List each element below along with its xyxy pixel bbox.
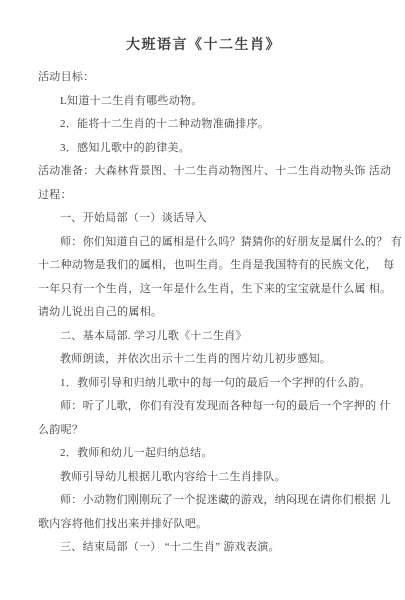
text-line: 2．教师和幼儿一起归纳总结。 — [38, 442, 369, 466]
text-line: 教师朗读，并依次出示十二生肖的图片幼儿初步感知。 — [38, 348, 369, 372]
text-line: 1．教师引导和归纳儿歌中的每一句的最后一个字押的什么韵。 — [38, 372, 369, 396]
text-line: 师：小动物们刚刚玩了一个捉迷藏的游戏，纳闷现在请你们根据 儿 — [38, 489, 369, 513]
document-page: 大班语言《十二生肖》 活动目标：L知道十二生肖有哪些动物。2．能将十二生肖的十二… — [0, 0, 405, 600]
text-line: 师：你们知道自己的属相是什么吗？猜猜你的好朋友是属什么的？ 有 — [38, 231, 369, 255]
text-line: 活动准备：大森林背景图、十二生肖动物图片、十二生肖动物头饰 活动 — [38, 160, 369, 184]
text-line: 一年只有一个生肖，这一年是什么生肖，生下来的宝宝就是什么属 相。 — [38, 278, 369, 302]
text-line: 十二种动物是我们的属相，也叫生肖。生肖是我国特有的民族文化， 每 — [38, 254, 369, 278]
text-line: 2．能将十二生肖的十二种动物准确排序。 — [38, 113, 369, 137]
document-body: 活动目标：L知道十二生肖有哪些动物。2．能将十二生肖的十二种动物准确排序。3．感… — [38, 66, 369, 560]
text-line: 活动目标： — [38, 66, 369, 90]
text-line: 教师引导幼儿根据儿歌内容给十二生肖排队。 — [38, 466, 369, 490]
text-line: 歌内容将他们找出来并排好队吧。 — [38, 513, 369, 537]
text-line: 过程： — [38, 184, 369, 208]
text-line: L知道十二生肖有哪些动物。 — [38, 90, 369, 114]
text-line: 一、开始局部（一）谈话导入 — [38, 207, 369, 231]
text-line: 三、结束局部（一） “十二生肖” 游戏表演。 — [38, 536, 369, 560]
text-line: 二、基本局部. 学习儿歌《十二生肖》 — [38, 325, 369, 349]
document-title: 大班语言《十二生肖》 — [38, 36, 369, 56]
text-line: 么韵呢？ — [38, 419, 369, 443]
text-line: 师：听了儿歌，你们有没有发现而各种每一句的最后一个字押的 什 — [38, 395, 369, 419]
text-line: 请幼儿说出自己的属相。 — [38, 301, 369, 325]
text-line: 3．感知儿歌中的韵律美。 — [38, 137, 369, 161]
